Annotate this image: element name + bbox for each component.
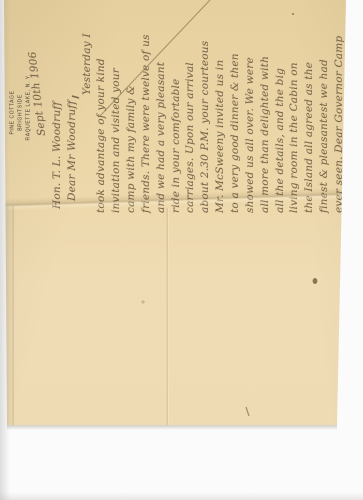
ink-stain — [313, 278, 318, 284]
ink-stain — [246, 407, 249, 416]
handwriting-line: Mr. McSweeny invited us in — [213, 0, 228, 213]
handwriting-line: to a very good dinner & then — [228, 0, 243, 213]
recipient-line: Hon. T. L. Woodruff — [50, 0, 65, 209]
handwriting-line: about 2.30 P.M. your courteous — [198, 0, 213, 213]
handwriting-line: and we had a very pleasant — [154, 0, 169, 213]
ink-stain — [141, 300, 144, 303]
handwriting-line: carriages. Upon our arrival — [183, 0, 198, 213]
under-sheet-edge — [0, 206, 14, 426]
handwriting-line: friends. There were twelve of us — [139, 0, 154, 213]
paper-shadow — [7, 425, 337, 430]
handwriting-line: invitation and visited your — [109, 0, 124, 213]
handwritten-page: Sept 10th 1906 Hon. T. L. Woodruff Dear … — [35, 0, 348, 213]
handwriting-line: showed us all over. We were — [243, 0, 258, 213]
handwriting-line: ever seen. Dear Governor Camp — [332, 0, 347, 213]
handwriting-line: Yesterday I — [80, 0, 95, 95]
vertical-fold-crease — [166, 208, 169, 426]
handwriting-line: camp with my family & — [124, 0, 139, 213]
handwriting-line: all the details, and the big — [273, 0, 288, 213]
handwriting-line: took advantage of your kind — [94, 0, 109, 213]
handwriting-line: the Island all agreed as the — [302, 0, 317, 213]
handwriting-line: finest & pleasantest we had — [317, 0, 332, 213]
letterhead-line: PINE COTTAGE — [8, 85, 16, 141]
handwriting-line: all more than delighted with — [258, 0, 273, 213]
handwriting-line: living room in the Cabin on — [287, 0, 302, 213]
letterhead-line: BRIGHTSIDE — [16, 85, 24, 141]
handwriting-line: ride in your comfortable — [169, 0, 184, 213]
salutation-line: Dear Mr Woodruff — [65, 0, 80, 201]
scanner-edge-shadow — [0, 492, 363, 500]
